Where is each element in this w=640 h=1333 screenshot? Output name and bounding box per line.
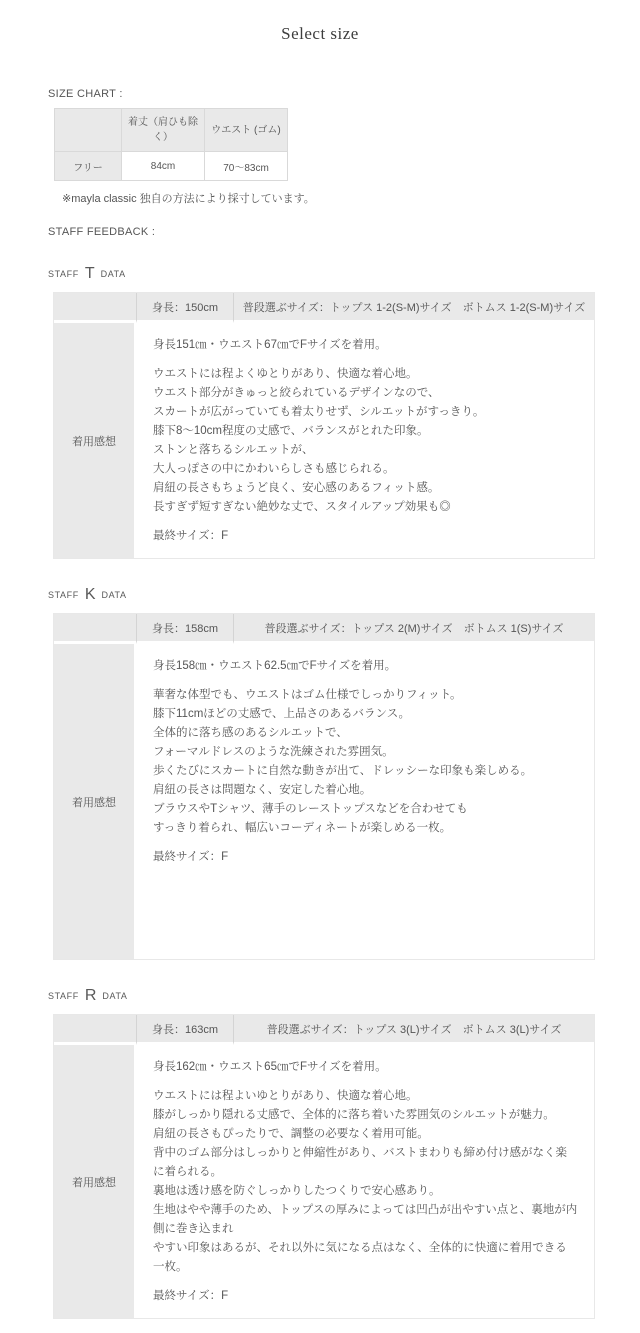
staff-label-suffix: DATA [102, 590, 127, 600]
staff-table-body-row: 着用感想 身長151㎝・ウエスト67㎝でFサイズを着用。ウエストには程よくゆとり… [54, 323, 594, 558]
staff-data-label: STAFF T DATA [48, 265, 595, 283]
staff-header-empty-cell [54, 614, 137, 644]
page-title: Select size [0, 24, 640, 44]
staff-label-suffix: DATA [101, 269, 126, 279]
size-name-cell: フリー [55, 152, 122, 181]
size-chart-col-size [55, 109, 122, 152]
feedback-text: 身長162㎝・ウエスト65㎝でFサイズを着用。ウエストには程よいゆとりがあり、快… [137, 1045, 594, 1318]
staff-feedback-table: 身長：163cm 普段選ぶサイズ：トップス 3(L)サイズ ボトムス 3(L)サ… [53, 1014, 595, 1319]
staff-table-header-row: 身長：163cm 普段選ぶサイズ：トップス 3(L)サイズ ボトムス 3(L)サ… [54, 1015, 594, 1045]
staff-label-suffix: DATA [102, 991, 127, 1001]
size-chart-label: SIZE CHART : [48, 88, 595, 100]
feedback-text: 身長151㎝・ウエスト67㎝でFサイズを着用。ウエストには程よくゆとりがあり、快… [137, 323, 594, 558]
fit-impression-label: 着用感想 [54, 323, 137, 558]
staff-height-cell: 身長：150cm [137, 293, 234, 323]
feedback-text: 身長158㎝・ウエスト62.5㎝でFサイズを着用。華奢な体型でも、ウエストはゴム… [137, 644, 594, 959]
measurement-note: ※mayla classic 独自の方法により採寸しています。 [62, 190, 595, 206]
staff-feedback-table: 身長：158cm 普段選ぶサイズ：トップス 2(M)サイズ ボトムス 1(S)サ… [53, 613, 595, 960]
size-chart-col-length: 着丈（肩ひも除く） [122, 109, 205, 152]
feedback-paragraph: 身長162㎝・ウエスト65㎝でFサイズを着用。 [153, 1058, 578, 1077]
staff-height-cell: 身長：158cm [137, 614, 234, 644]
size-chart-col-waist: ウエスト (ゴム) [205, 109, 288, 152]
size-chart-row-free: フリー 84cm 70〜83cm [55, 152, 288, 181]
fit-impression-label: 着用感想 [54, 644, 137, 959]
feedback-paragraph: 最終サイズ：F [153, 1287, 578, 1306]
feedback-paragraph: 身長151㎝・ウエスト67㎝でFサイズを着用。 [153, 336, 578, 355]
staff-usual-size-cell: 普段選ぶサイズ：トップス 2(M)サイズ ボトムス 1(S)サイズ [234, 614, 594, 644]
staff-header-empty-cell [54, 1015, 137, 1045]
staff-letter: R [85, 987, 97, 1005]
page-content: SIZE CHART : 着丈（肩ひも除く） ウエスト (ゴム) フリー 84c… [0, 88, 640, 1333]
feedback-paragraph: 華奢な体型でも、ウエストはゴム仕様でしっかりフィット。 膝下11cmほどの丈感で… [153, 686, 578, 838]
feedback-paragraph: 最終サイズ：F [153, 527, 578, 546]
staff-table-header-row: 身長：158cm 普段選ぶサイズ：トップス 2(M)サイズ ボトムス 1(S)サ… [54, 614, 594, 644]
staff-letter: T [85, 265, 95, 283]
staff-data-label: STAFF K DATA [48, 586, 595, 604]
staff-header-empty-cell [54, 293, 137, 323]
staff-usual-size-cell: 普段選ぶサイズ：トップス 1-2(S-M)サイズ ボトムス 1-2(S-M)サイ… [234, 293, 594, 323]
length-value-cell: 84cm [122, 152, 205, 181]
staff-height-cell: 身長：163cm [137, 1015, 234, 1045]
staff-section: STAFF K DATA 身長：158cm 普段選ぶサイズ：トップス 2(M)サ… [48, 586, 595, 960]
staff-sections: STAFF T DATA 身長：150cm 普段選ぶサイズ：トップス 1-2(S… [48, 265, 595, 1319]
staff-feedback-table: 身長：150cm 普段選ぶサイズ：トップス 1-2(S-M)サイズ ボトムス 1… [53, 292, 595, 559]
staff-usual-size-cell: 普段選ぶサイズ：トップス 3(L)サイズ ボトムス 3(L)サイズ [234, 1015, 594, 1045]
feedback-paragraph: ウエストには程よくゆとりがあり、快適な着心地。 ウエスト部分がきゅっと絞られてい… [153, 365, 578, 517]
select-size-page: Select size SIZE CHART : 着丈（肩ひも除く） ウエスト … [0, 24, 640, 1333]
staff-section: STAFF R DATA 身長：163cm 普段選ぶサイズ：トップス 3(L)サ… [48, 987, 595, 1319]
staff-table-body-row: 着用感想 身長158㎝・ウエスト62.5㎝でFサイズを着用。華奢な体型でも、ウエ… [54, 644, 594, 959]
staff-letter: K [85, 586, 96, 604]
size-chart-table: 着丈（肩ひも除く） ウエスト (ゴム) フリー 84cm 70〜83cm [54, 108, 288, 181]
staff-label-prefix: STAFF [48, 590, 79, 600]
staff-label-prefix: STAFF [48, 269, 79, 279]
feedback-paragraph: 最終サイズ：F [153, 848, 578, 867]
waist-value-cell: 70〜83cm [205, 152, 288, 181]
feedback-paragraph: ウエストには程よいゆとりがあり、快適な着心地。 膝がしっかり隠れる丈感で、全体的… [153, 1087, 578, 1277]
fit-impression-label: 着用感想 [54, 1045, 137, 1318]
staff-section: STAFF T DATA 身長：150cm 普段選ぶサイズ：トップス 1-2(S… [48, 265, 595, 559]
staff-table-header-row: 身長：150cm 普段選ぶサイズ：トップス 1-2(S-M)サイズ ボトムス 1… [54, 293, 594, 323]
staff-feedback-label: STAFF FEEDBACK : [48, 226, 595, 238]
staff-table-body-row: 着用感想 身長162㎝・ウエスト65㎝でFサイズを着用。ウエストには程よいゆとり… [54, 1045, 594, 1318]
staff-data-label: STAFF R DATA [48, 987, 595, 1005]
size-chart-header-row: 着丈（肩ひも除く） ウエスト (ゴム) [55, 109, 288, 152]
feedback-paragraph: 身長158㎝・ウエスト62.5㎝でFサイズを着用。 [153, 657, 578, 676]
staff-label-prefix: STAFF [48, 991, 79, 1001]
